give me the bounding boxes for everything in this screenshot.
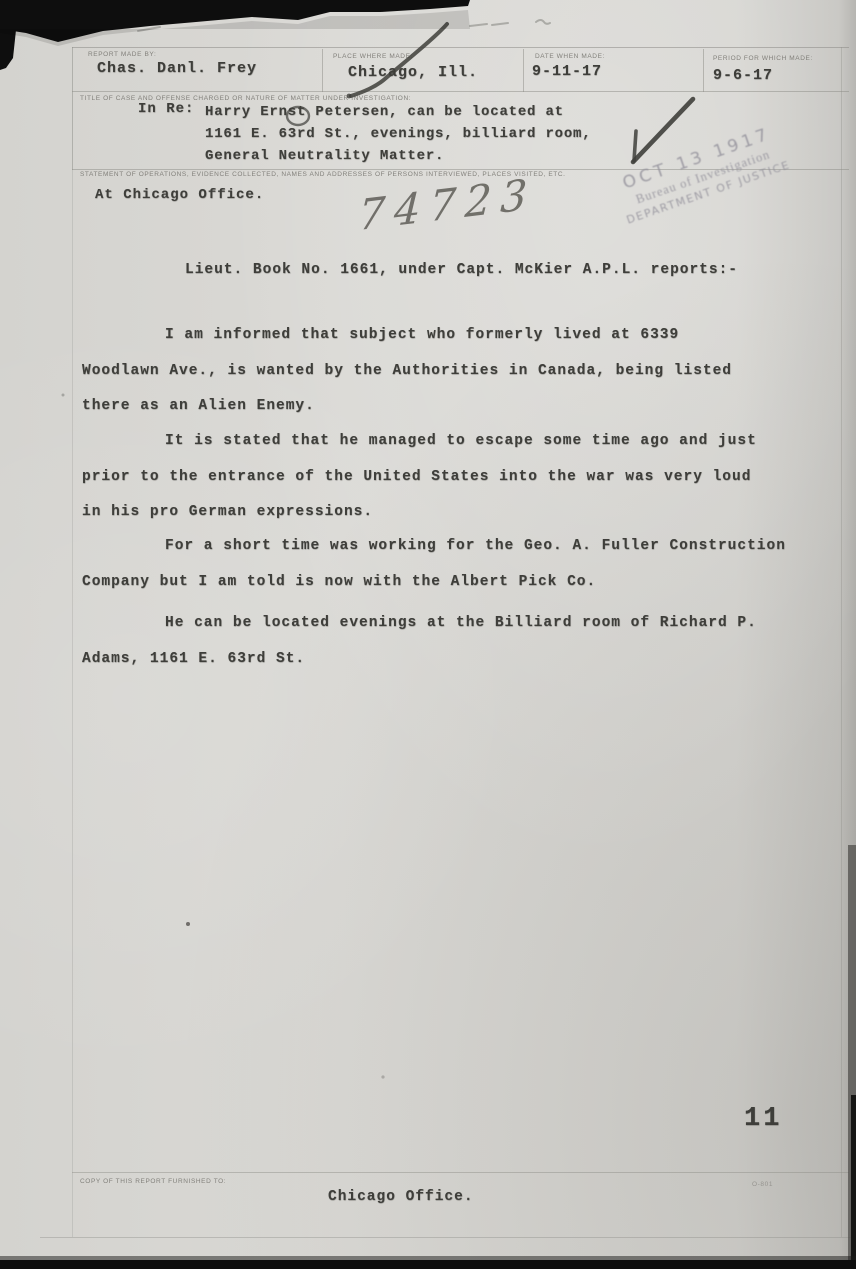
bottom-edge-shade [0,1256,856,1260]
bottom-edge [0,1260,856,1269]
scanned-report-page: REPORT MADE BY: Chas. Danl. Frey PLACE W… [0,0,856,1269]
scan-edges-overlay [0,0,856,1269]
right-edge-dark [851,1095,856,1269]
